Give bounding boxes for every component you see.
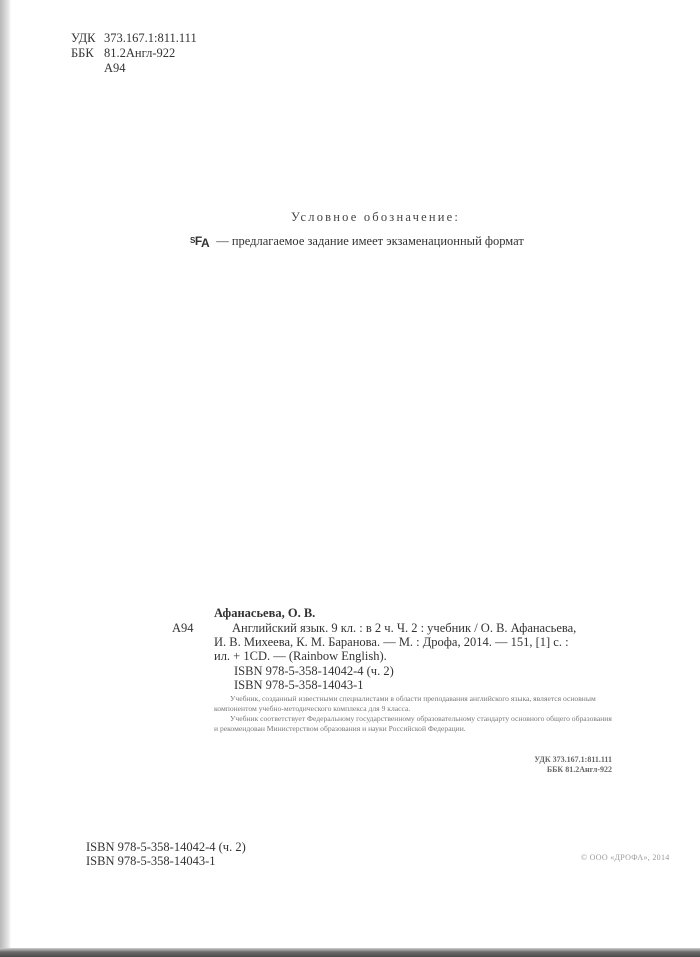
card-isbn-set: ISBN 978-5-358-14043-1 bbox=[234, 678, 394, 692]
legend-description: — предлагаемое задание имеет экзаменацио… bbox=[216, 234, 524, 249]
card-description: Английский язык. 9 кл. : в 2 ч. Ч. 2 : у… bbox=[214, 621, 614, 663]
udk-label: УДК bbox=[71, 31, 104, 46]
sfa-icon-s: S bbox=[190, 236, 195, 245]
card-bbk: ББК 81.2Англ-922 bbox=[462, 765, 612, 775]
copyright: © ООО «ДРОФА», 2014 bbox=[581, 853, 670, 862]
bbk-label: ББК bbox=[71, 46, 104, 61]
scan-bottom-shadow bbox=[0, 948, 700, 957]
card-index: А94 bbox=[172, 621, 194, 635]
footer-isbn-set: ISBN 978-5-358-14043-1 bbox=[86, 854, 246, 868]
bbk-row: ББК 81.2Англ-922 bbox=[71, 46, 197, 61]
card-annotation-paragraph: Учебник соответствует Федеральному госуд… bbox=[214, 714, 614, 734]
udk-value: 373.167.1:811.111 bbox=[104, 31, 197, 46]
card-annotation: Учебник, созданный известными специалист… bbox=[214, 694, 614, 734]
classification-block: УДК 373.167.1:811.111 ББК 81.2Англ-922 А… bbox=[71, 31, 197, 76]
legend-item: SFA — предлагаемое задание имеет экзамен… bbox=[190, 234, 524, 249]
card-description-line: И. В. Михеева, К. М. Баранова. — М. : Др… bbox=[214, 635, 614, 649]
legend-title: Условное обозначение: bbox=[291, 210, 460, 225]
footer-isbn-list: ISBN 978-5-358-14042-4 (ч. 2) ISBN 978-5… bbox=[86, 840, 246, 868]
card-description-line: Английский язык. 9 кл. : в 2 ч. Ч. 2 : у… bbox=[214, 621, 614, 635]
card-codes: УДК 373.167.1:811.111 ББК 81.2Англ-922 bbox=[462, 755, 612, 775]
card-isbn-list: ISBN 978-5-358-14042-4 (ч. 2) ISBN 978-5… bbox=[234, 664, 394, 692]
card-description-line: ил. + 1CD. — (Rainbow English). bbox=[214, 649, 614, 663]
scan-left-gutter bbox=[0, 0, 11, 957]
bbk-value: 81.2Англ-922 bbox=[104, 46, 175, 61]
sfa-exam-format-icon: SFA bbox=[190, 234, 209, 248]
card-author: Афанасьева, О. В. bbox=[214, 606, 315, 620]
sfa-icon-a: A bbox=[201, 236, 209, 250]
card-annotation-paragraph: Учебник, созданный известными специалист… bbox=[214, 694, 614, 714]
footer-isbn-part: ISBN 978-5-358-14042-4 (ч. 2) bbox=[86, 840, 246, 854]
card-isbn-part: ISBN 978-5-358-14042-4 (ч. 2) bbox=[234, 664, 394, 678]
card-udk: УДК 373.167.1:811.111 bbox=[462, 755, 612, 765]
udk-row: УДК 373.167.1:811.111 bbox=[71, 31, 197, 46]
author-mark: А94 bbox=[71, 61, 197, 76]
